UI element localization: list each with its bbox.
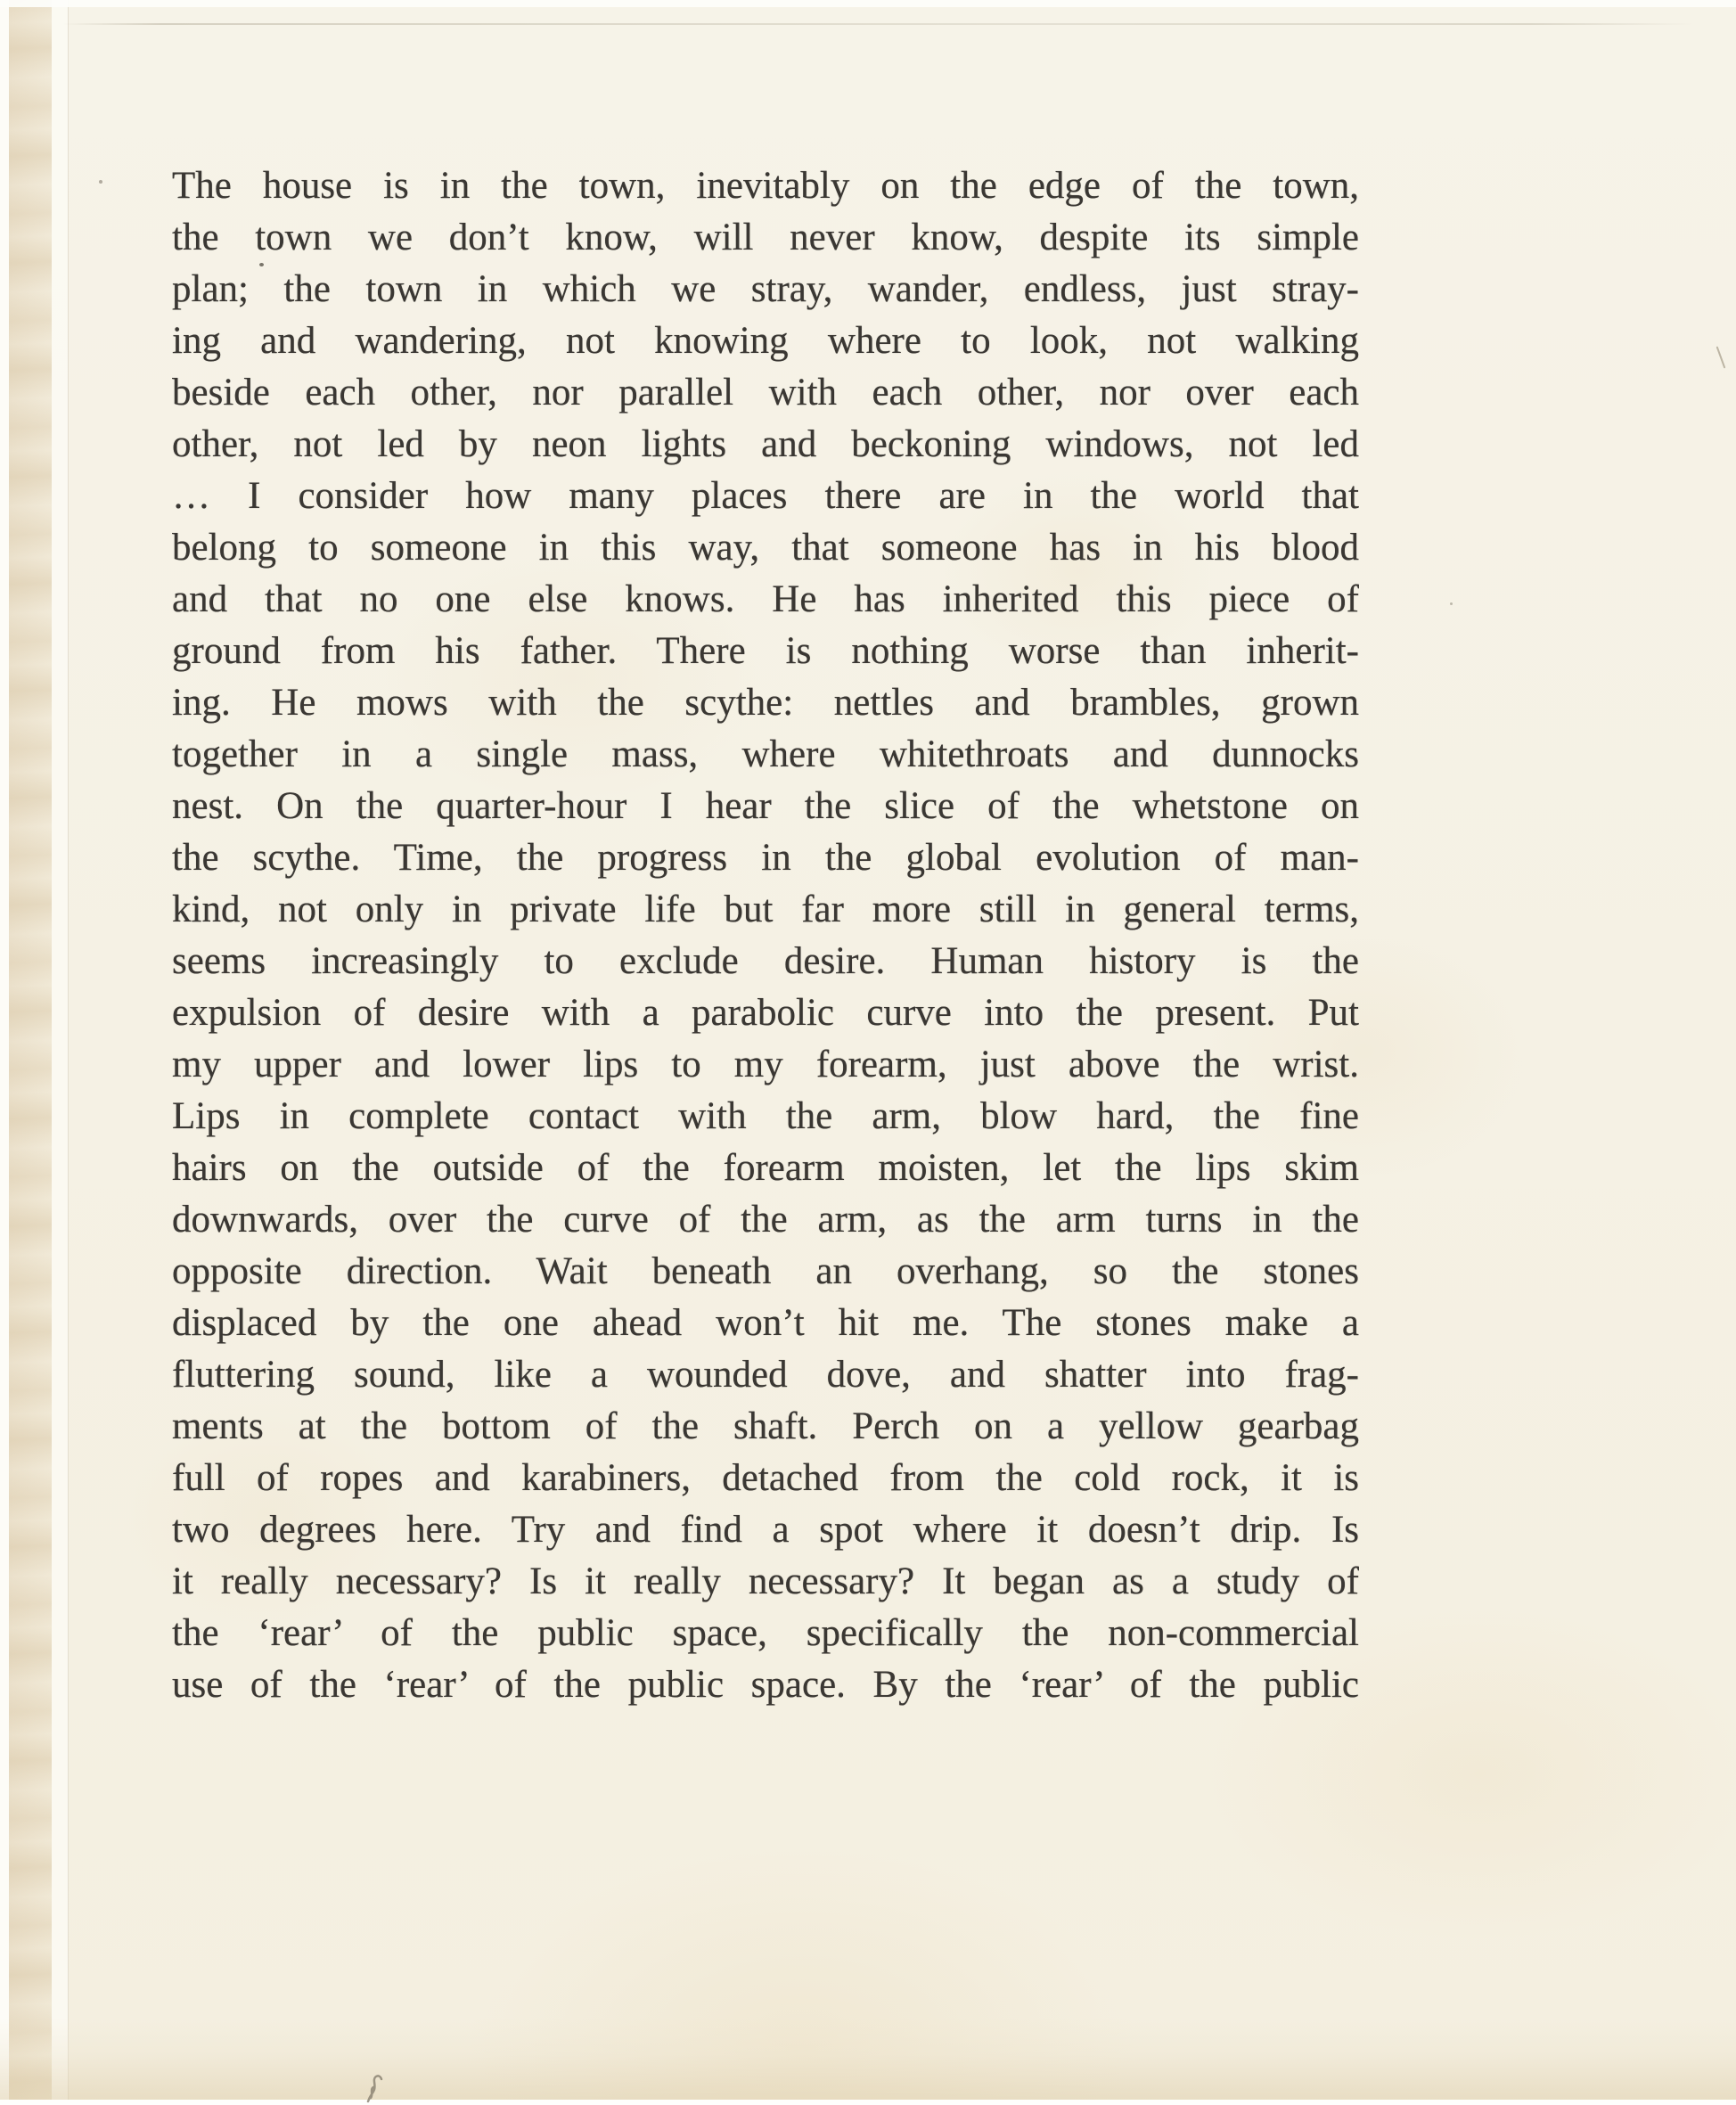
text-line: fluttering sound, like a wounded dove, a…: [172, 1349, 1359, 1401]
text-line: full of ropes and karabiners, detached f…: [172, 1453, 1359, 1504]
page-binding-edge-shading: [9, 0, 52, 2105]
text-line: … I consider how many places there are i…: [172, 471, 1359, 522]
text-line: ing and wandering, not knowing where to …: [172, 315, 1359, 367]
text-line: The house is in the town, inevitably on …: [172, 160, 1359, 212]
text-line: seems increasingly to exclude desire. Hu…: [172, 936, 1359, 987]
page-bottom-edge: [0, 2100, 1736, 2105]
text-line: ments at the bottom of the shaft. Perch …: [172, 1401, 1359, 1453]
text-line: expulsion of desire with a parabolic cur…: [172, 987, 1359, 1039]
pencil-mark: [1716, 346, 1726, 368]
page-top-edge: [0, 0, 1736, 7]
text-line: ground from his father. There is nothing…: [172, 626, 1359, 677]
text-line: use of the ‘rear’ of the public space. B…: [172, 1659, 1359, 1711]
page-fold-strip: [52, 0, 69, 2105]
text-line: plan; the town in which we stray, wander…: [172, 264, 1359, 315]
page-text: The house is in the town, inevitably on …: [172, 160, 1359, 1711]
text-line: beside each other, nor parallel with eac…: [172, 367, 1359, 419]
text-line: nest. On the quarter-hour I hear the sli…: [172, 781, 1359, 832]
paper-speck: [99, 180, 102, 184]
text-line: it really necessary? Is it really necess…: [172, 1556, 1359, 1608]
paper-speck: [1450, 602, 1453, 605]
text-line: the scythe. Time, the progress in the gl…: [172, 832, 1359, 884]
text-line: the ‘rear’ of the public space, specific…: [172, 1608, 1359, 1659]
text-line: Lips in complete contact with the arm, b…: [172, 1091, 1359, 1143]
page-bottom-edge-shading: [0, 2018, 1736, 2100]
text-line: ing. He mows with the scythe: nettles an…: [172, 677, 1359, 729]
text-line: the town we don’t know, will never know,…: [172, 212, 1359, 264]
text-line: displaced by the one ahead won’t hit me.…: [172, 1298, 1359, 1349]
ink-smudge: [361, 2066, 397, 2105]
text-line: my upper and lower lips to my forearm, j…: [172, 1039, 1359, 1091]
book-page: The house is in the town, inevitably on …: [0, 0, 1736, 2105]
text-line: two degrees here. Try and find a spot wh…: [172, 1504, 1359, 1556]
text-line: hairs on the outside of the forearm mois…: [172, 1143, 1359, 1194]
page-left-edge-highlight: [0, 0, 9, 2105]
text-line: and that no one else knows. He has inher…: [172, 574, 1359, 626]
text-line: downwards, over the curve of the arm, as…: [172, 1194, 1359, 1246]
page-top-crease: [62, 23, 1693, 25]
text-line: belong to someone in this way, that some…: [172, 522, 1359, 574]
text-line: together in a single mass, where whiteth…: [172, 729, 1359, 781]
text-line: other, not led by neon lights and beckon…: [172, 419, 1359, 471]
text-line: kind, not only in private life but far m…: [172, 884, 1359, 936]
text-line: opposite direction. Wait beneath an over…: [172, 1246, 1359, 1298]
